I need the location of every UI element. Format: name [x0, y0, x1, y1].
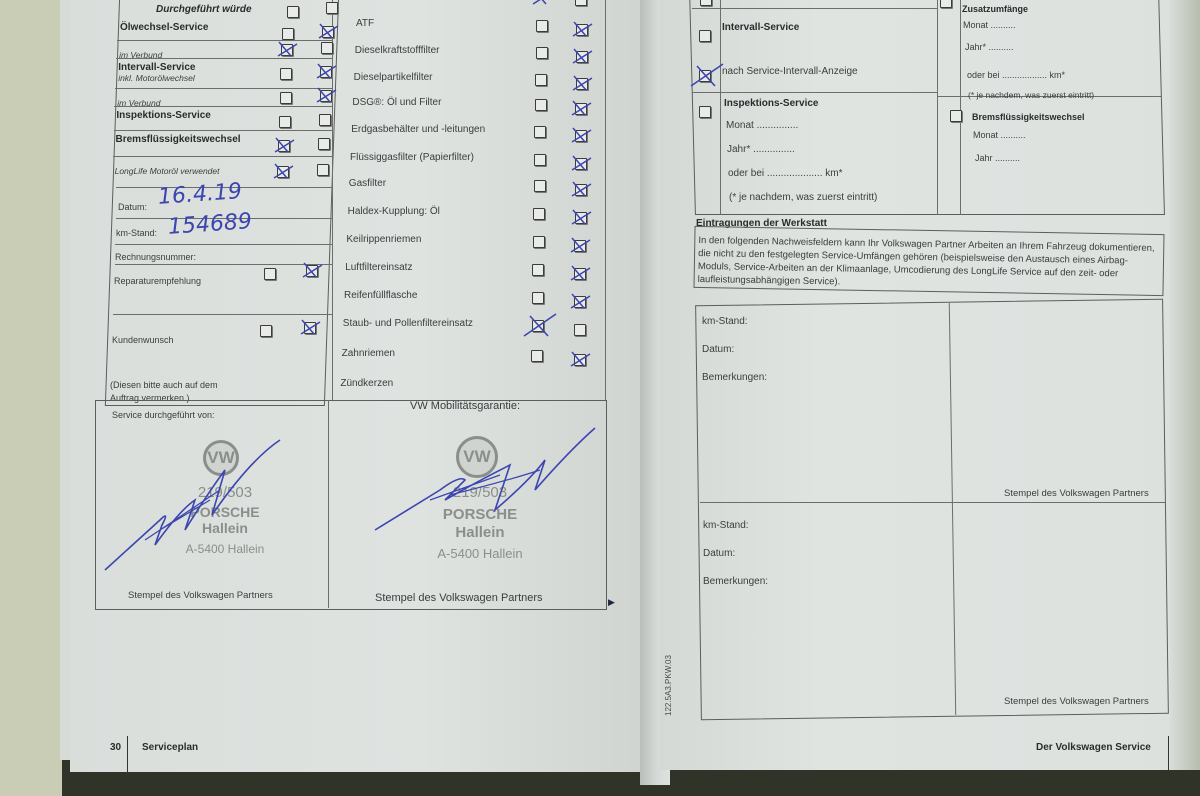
doc-code: 122.5A3.PKW.03	[664, 655, 673, 716]
extra-row-label: Haldex-Kupplung: Öl	[348, 206, 440, 217]
service-row-label: LongLife Motoröl verwendet	[115, 166, 220, 176]
zusatz-title: Zusatzumfänge	[962, 4, 1028, 14]
service-checkbox-2[interactable]	[317, 164, 329, 176]
row-divider	[115, 88, 332, 89]
left-page: Durchgeführt würde Datum: 16.4.19 km-Sta…	[70, 0, 650, 772]
extra-checkbox-2[interactable]	[574, 240, 586, 252]
extra-checkbox-1[interactable]	[532, 264, 544, 276]
extra-checkbox-1[interactable]	[533, 236, 545, 248]
kunden-checkbox-2[interactable]	[304, 322, 316, 334]
extra-row-label: Zahnriemen	[342, 348, 395, 359]
intervall-option-checkbox[interactable]	[699, 70, 711, 82]
row-divider	[114, 106, 332, 107]
extra-checkbox-1[interactable]	[535, 99, 547, 111]
service-checkbox-2[interactable]	[322, 26, 334, 38]
checkbox[interactable]	[326, 2, 338, 14]
footer-title-right: Der Volkswagen Service	[1036, 742, 1151, 753]
stamp-left-line2: Hallein	[160, 520, 290, 536]
service-checkbox-2[interactable]	[320, 66, 332, 78]
stamp-right-caption: Stempel des Volkswagen Partners	[375, 592, 543, 604]
stamp-left-line1: PORSCHE	[160, 504, 290, 520]
service-row-label: Inspektions-Service	[116, 110, 210, 121]
brems-checkbox[interactable]	[950, 110, 962, 122]
extra-checkbox-1[interactable]	[536, 47, 548, 59]
service-checkbox-2[interactable]	[320, 90, 332, 102]
entry-datum-label: Datum:	[703, 548, 735, 559]
row-divider	[113, 314, 332, 315]
footer-page-number-left: 30	[110, 742, 121, 753]
extra-row-label: Zündkerzen	[340, 378, 393, 389]
extra-checkbox-2[interactable]	[575, 103, 587, 115]
kunden-checkbox-1[interactable]	[260, 325, 272, 337]
extra-checkbox-2[interactable]	[574, 268, 586, 280]
entry-km-label: km-Stand:	[702, 316, 748, 327]
stamp-right-line2: Hallein	[410, 524, 550, 541]
vw-logo-icon: VW	[203, 440, 239, 476]
service-row-label: Intervall-Service	[118, 62, 195, 73]
footer-divider	[127, 736, 128, 774]
werkstatt-text: In den folgenden Nachweisfeldern kann Ih…	[698, 234, 1159, 294]
row-divider	[692, 92, 937, 93]
row-divider	[117, 40, 332, 41]
entry-stamp-caption: Stempel des Volkswagen Partners	[1004, 488, 1149, 499]
extra-checkbox-2[interactable]	[574, 324, 586, 336]
inspektion-title: Inspektions-Service	[724, 98, 818, 109]
middle-divider	[937, 0, 938, 215]
brems-monat: Monat ..........	[973, 130, 1026, 140]
extra-checkbox-2[interactable]	[575, 184, 587, 196]
extra-row-label: Flüssiggasfilter (Papierfilter)	[350, 152, 474, 163]
reparatur-checkbox-2[interactable]	[306, 265, 318, 277]
service-checkbox-1[interactable]	[279, 116, 291, 128]
extra-row-label: Staub- und Pollenfiltereinsatz	[343, 318, 473, 329]
zusatz-jahr: Jahr* ..........	[965, 42, 1014, 52]
service-checkbox-1[interactable]	[281, 44, 293, 56]
entries-row-divider	[700, 502, 1166, 503]
intervall-checkbox[interactable]	[699, 30, 711, 42]
service-checkbox-2[interactable]	[321, 42, 333, 54]
zusatz-note: (* je nachdem, was zuerst eintritt)	[968, 90, 1094, 100]
extra-checkbox-1[interactable]	[534, 126, 546, 138]
extra-checkbox-1[interactable]	[535, 74, 547, 86]
checkbox-column-divider	[720, 0, 721, 215]
extra-row-label: Keilrippenriemen	[346, 234, 421, 245]
desk-surface	[0, 0, 62, 796]
service-row-sublabel: inkl. Motorölwechsel	[118, 73, 195, 83]
entry-bemerkungen-label: Bemerkungen:	[703, 576, 768, 587]
stamp-right-number: 219/503	[410, 484, 550, 501]
service-checkbox-1[interactable]	[277, 166, 289, 178]
row-divider	[115, 264, 332, 265]
service-header: Durchgeführt würde	[156, 4, 252, 15]
inspektion-note: (* je nachdem, was zuerst eintritt)	[729, 192, 877, 203]
extra-row-label: ATF	[356, 18, 374, 29]
extra-checkbox-2[interactable]	[576, 51, 588, 63]
extras-right-border	[605, 0, 606, 400]
rechnung-label: Rechnungsnummer:	[115, 252, 196, 262]
extra-row-label: DSG®: Öl und Filter	[352, 97, 441, 108]
stamp-divider	[328, 400, 329, 608]
continue-arrow-icon[interactable]: ▶	[608, 597, 615, 608]
service-checkbox-1[interactable]	[280, 92, 292, 104]
service-checkbox-1[interactable]	[278, 140, 290, 152]
extra-row-label: Luftfiltereinsatz	[345, 262, 412, 273]
service-row-label: Ölwechsel-Service	[120, 22, 208, 33]
entry-km-label: km-Stand:	[703, 520, 749, 531]
extra-checkbox-2[interactable]	[575, 0, 587, 6]
extra-row-label: Gasfilter	[349, 178, 386, 189]
note-line-1: (Diesen bitte auch auf dem	[110, 380, 218, 390]
extra-checkbox-2[interactable]	[575, 158, 587, 170]
extra-row-label: Dieselpartikelfilter	[354, 72, 433, 83]
stamp-right-line3: A-5400 Hallein	[410, 546, 550, 561]
entry-stamp-caption: Stempel des Volkswagen Partners	[1004, 696, 1149, 707]
reparatur-label: Reparaturempfehlung	[114, 276, 201, 286]
vw-logo-icon: VW	[456, 436, 498, 478]
row-divider	[115, 244, 332, 245]
extra-row-label: Reifenfüllflasche	[344, 290, 417, 301]
service-checkbox-2[interactable]	[319, 114, 331, 126]
km-label: km-Stand:	[116, 228, 157, 238]
stamp-left-number: 219/503	[160, 484, 290, 501]
inspektion-jahr: Jahr* ...............	[727, 144, 795, 155]
service-checkbox-1[interactable]	[280, 68, 292, 80]
checkbox[interactable]	[700, 0, 712, 6]
extra-checkbox-1[interactable]	[532, 292, 544, 304]
brems-title: Bremsflüssigkeitswechsel	[972, 112, 1085, 122]
page-edge-right	[1170, 0, 1200, 770]
extra-checkbox-1[interactable]	[531, 350, 543, 362]
extra-checkbox-2[interactable]	[575, 130, 587, 142]
extra-checkbox-1[interactable]	[534, 180, 546, 192]
extra-checkbox-2[interactable]	[574, 354, 586, 366]
inspektion-oder: oder bei .................... km*	[728, 168, 842, 179]
row-divider	[113, 156, 332, 157]
extra-checkbox-1[interactable]	[533, 208, 545, 220]
stamp-right-line1: PORSCHE	[410, 506, 550, 523]
right-page: Intervall-Service nach Service-Intervall…	[660, 0, 1200, 770]
extra-row-label: Erdgasbehälter und -leitungen	[351, 124, 485, 135]
brems-jahr: Jahr ..........	[975, 153, 1020, 163]
datum-label: Datum:	[118, 202, 147, 212]
row-divider	[116, 58, 332, 59]
footer-divider	[1168, 736, 1169, 770]
column-divider	[332, 0, 333, 400]
zusatz-oder: oder bei .................. km*	[967, 70, 1065, 80]
service-checkbox-2[interactable]	[318, 138, 330, 150]
reparatur-checkbox-1[interactable]	[264, 268, 276, 280]
stamp-left-heading: Service durchgeführt von:	[112, 410, 215, 420]
stamp-right-heading: VW Mobilitätsgarantie:	[410, 400, 520, 412]
pen-check-mark	[530, 0, 556, 8]
footer-title-left: Serviceplan	[142, 742, 198, 753]
row-divider	[692, 8, 937, 9]
inspektion-checkbox[interactable]	[699, 106, 711, 118]
extra-checkbox-1[interactable]	[536, 20, 548, 32]
inspektion-monat: Monat ...............	[726, 120, 798, 131]
entries-box	[695, 299, 1169, 720]
entry-bemerkungen-label: Bemerkungen:	[702, 372, 767, 383]
extra-row-label: Dieselkraftstofffilter	[355, 45, 440, 56]
extra-checkbox-1[interactable]	[534, 154, 546, 166]
checkbox-column-divider	[960, 0, 961, 215]
extra-checkbox-1[interactable]	[532, 320, 544, 332]
checkbox[interactable]	[287, 6, 299, 18]
zusatz-checkbox[interactable]	[940, 0, 952, 8]
service-row-label: Bremsflüssigkeitswechsel	[116, 134, 241, 145]
intervall-option-label: nach Service-Intervall-Anzeige	[722, 66, 858, 77]
stamp-left-caption: Stempel des Volkswagen Partners	[128, 590, 273, 601]
entry-datum-label: Datum:	[702, 344, 734, 355]
extra-checkbox-2[interactable]	[574, 296, 586, 308]
extra-checkbox-2[interactable]	[576, 78, 588, 90]
row-divider	[114, 130, 333, 131]
stamp-left-line3: A-5400 Hallein	[160, 542, 290, 556]
kunden-label: Kundenwunsch	[112, 335, 174, 345]
service-checkbox-1[interactable]	[282, 28, 294, 40]
extra-checkbox-2[interactable]	[575, 212, 587, 224]
zusatz-monat: Monat ..........	[963, 20, 1016, 30]
extra-checkbox-2[interactable]	[576, 24, 588, 36]
intervall-title: Intervall-Service	[722, 22, 799, 33]
